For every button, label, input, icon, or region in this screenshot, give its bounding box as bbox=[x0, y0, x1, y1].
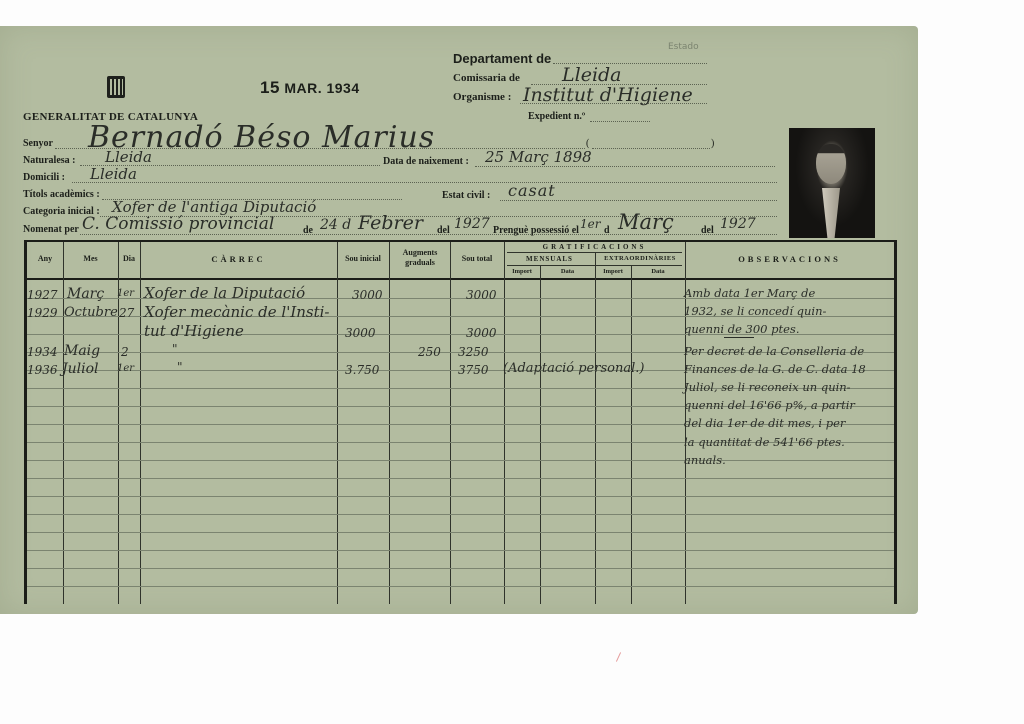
cell-carrec: Xofer de la Diputació bbox=[144, 284, 305, 302]
stamp-day: 15 bbox=[260, 78, 280, 97]
portrait-collar bbox=[822, 188, 840, 238]
nomenat-de-label: de bbox=[303, 225, 313, 236]
header-mensuals-import: Import bbox=[504, 267, 540, 277]
catalan-coat-of-arms-icon bbox=[107, 76, 125, 98]
nomenat-del-label: del bbox=[437, 225, 450, 236]
nomenat-line bbox=[80, 234, 777, 235]
estat-civil-line bbox=[500, 200, 777, 201]
header-any: Any bbox=[27, 254, 63, 264]
grat-subheader-line bbox=[507, 252, 682, 253]
cell-mes: Maig bbox=[64, 343, 100, 359]
cell-any: 1929 bbox=[27, 306, 58, 320]
estat-civil-label: Estat civil : bbox=[442, 190, 490, 201]
naixement-label: Data de naixement : bbox=[383, 156, 469, 167]
organisme-value: Institut d'Higiene bbox=[523, 84, 693, 106]
naturalesa-value: Lleida bbox=[105, 148, 152, 166]
header-sou-inicial: Sou inicial bbox=[337, 254, 389, 264]
row-line bbox=[27, 478, 894, 479]
possessio-label: Prenguè possessió el bbox=[493, 225, 579, 236]
grat-subheader-line bbox=[507, 265, 682, 266]
header-mensuals: MENSUALS bbox=[504, 254, 595, 264]
scan-mark bbox=[616, 652, 621, 661]
possessio-year: 1927 bbox=[720, 216, 756, 232]
personnel-record-card: GENERALITAT DE CATALUNYA 15 MAR. 1934 Es… bbox=[0, 26, 918, 614]
cell-any: 1934 bbox=[27, 345, 58, 359]
cell-mes: Juliol bbox=[62, 361, 99, 377]
row-line bbox=[27, 586, 894, 587]
header-carrec: CÀRREC bbox=[140, 254, 337, 264]
domicili-label: Domicili : bbox=[23, 172, 65, 183]
possessio-month: Març bbox=[618, 210, 674, 234]
cell-dia: 1er bbox=[117, 288, 134, 299]
cell-carrec: " bbox=[172, 342, 178, 356]
observacio-line: anuals. bbox=[684, 451, 894, 469]
observacio-line: Finances de la G. de C. data 18 bbox=[684, 360, 894, 378]
observacio-line: la quantitat de 541'66 ptes. bbox=[684, 433, 894, 451]
naturalesa-label: Naturalesa : bbox=[23, 155, 76, 166]
organisme-label: Organisme : bbox=[453, 91, 511, 103]
comissaria-label: Comissaria de bbox=[453, 72, 520, 84]
cell-sou-total: 3250 bbox=[458, 345, 489, 359]
cell-sou-inicial: 3.750 bbox=[345, 363, 379, 377]
cell-augments: 250 bbox=[418, 345, 441, 359]
domicili-value: Lleida bbox=[90, 165, 137, 183]
observacio-line: 1932, se li concedí quin- bbox=[684, 302, 894, 320]
header-extra-import: Import bbox=[595, 267, 631, 277]
observacio-line: Per decret de la Conselleria de bbox=[684, 342, 894, 360]
cell-any: 1927 bbox=[27, 288, 58, 302]
cell-carrec: tut d'Higiene bbox=[144, 322, 244, 340]
possessio-d-label: d bbox=[604, 225, 610, 236]
naixement-line bbox=[475, 166, 775, 167]
senyor-paren-close: ) bbox=[711, 138, 714, 149]
possessio-day: 1er bbox=[580, 217, 600, 231]
expedient-line bbox=[590, 121, 650, 122]
observacio-line: Amb data 1er Març de bbox=[684, 284, 894, 302]
header-dia: Dia bbox=[118, 254, 140, 264]
header-extra-data: Data bbox=[631, 267, 685, 277]
pencil-note: Estado bbox=[668, 42, 699, 52]
observacions-note: Amb data 1er Març de 1932, se li concedí… bbox=[684, 284, 894, 469]
observacio-line: Juliol, se li reconeix un quin- bbox=[684, 378, 894, 396]
row-line bbox=[27, 532, 894, 533]
cell-sou-inicial: 3000 bbox=[352, 288, 383, 302]
nomenat-label: Nomenat per bbox=[23, 224, 79, 235]
row-line bbox=[27, 514, 894, 515]
row-line bbox=[27, 568, 894, 569]
senyor-paren-line bbox=[592, 148, 710, 149]
titols-label: Títols acadèmics : bbox=[23, 189, 100, 200]
cell-carrec: " bbox=[177, 360, 183, 374]
cell-dia: 1er bbox=[117, 363, 134, 374]
departament-label: Departament de bbox=[453, 51, 551, 66]
row-line bbox=[27, 550, 894, 551]
cell-gratificacio-note: (Adaptació personal.) bbox=[503, 361, 644, 376]
row-line bbox=[27, 496, 894, 497]
nomenat-year: 1927 bbox=[454, 216, 490, 232]
header-mensuals-data: Data bbox=[540, 267, 595, 277]
observacio-line: quenni del 16'66 p%, a partir bbox=[684, 396, 894, 414]
nomenat-month: Febrer bbox=[358, 212, 423, 234]
stamp-month-year: MAR. 1934 bbox=[284, 80, 359, 96]
cell-mes: Octubre bbox=[64, 305, 118, 320]
domicili-line bbox=[72, 182, 777, 183]
cell-dia: 2 bbox=[121, 345, 129, 359]
nomenat-value: C. Comissió provincial bbox=[82, 214, 274, 234]
cell-sou-total: 3000 bbox=[466, 288, 497, 302]
comissaria-value: Lleida bbox=[562, 64, 622, 86]
header-extraordinaries: EXTRAORDINÀRIES bbox=[595, 254, 685, 264]
cell-sou-total: 3000 bbox=[466, 326, 497, 340]
header-augments: Augments graduals bbox=[391, 248, 449, 268]
col-divider bbox=[595, 252, 596, 604]
estat-civil-value: casat bbox=[508, 181, 556, 200]
possessio-del-label: del bbox=[701, 225, 714, 236]
cell-dia: 27 bbox=[119, 306, 134, 320]
portrait-face bbox=[816, 144, 846, 184]
nomenat-day: 24 d bbox=[320, 217, 351, 233]
header-gratificacions: GRATIFICACIONS bbox=[504, 242, 685, 252]
cell-any: 1936 bbox=[27, 363, 58, 377]
header-observacions: OBSERVACIONS bbox=[685, 254, 894, 264]
header-mes: Mes bbox=[63, 254, 118, 264]
senyor-label: Senyor bbox=[23, 138, 53, 149]
cell-mes: Març bbox=[67, 286, 104, 302]
naixement-value: 25 Març 1898 bbox=[485, 148, 592, 166]
cell-sou-inicial: 3000 bbox=[345, 326, 376, 340]
expedient-label: Expedient n.º bbox=[528, 111, 585, 122]
header-sou-total: Sou total bbox=[450, 254, 504, 264]
table-header-divider bbox=[27, 278, 894, 280]
portrait-photo bbox=[789, 128, 875, 238]
observacio-line: del dia 1er de dit mes, i per bbox=[684, 414, 894, 432]
date-stamp: 15 MAR. 1934 bbox=[260, 78, 360, 98]
cell-sou-total: 3750 bbox=[458, 363, 489, 377]
observacio-line: quenni de 300 ptes. bbox=[684, 320, 894, 338]
cell-carrec: Xofer mecànic de l'Insti- bbox=[144, 303, 330, 321]
